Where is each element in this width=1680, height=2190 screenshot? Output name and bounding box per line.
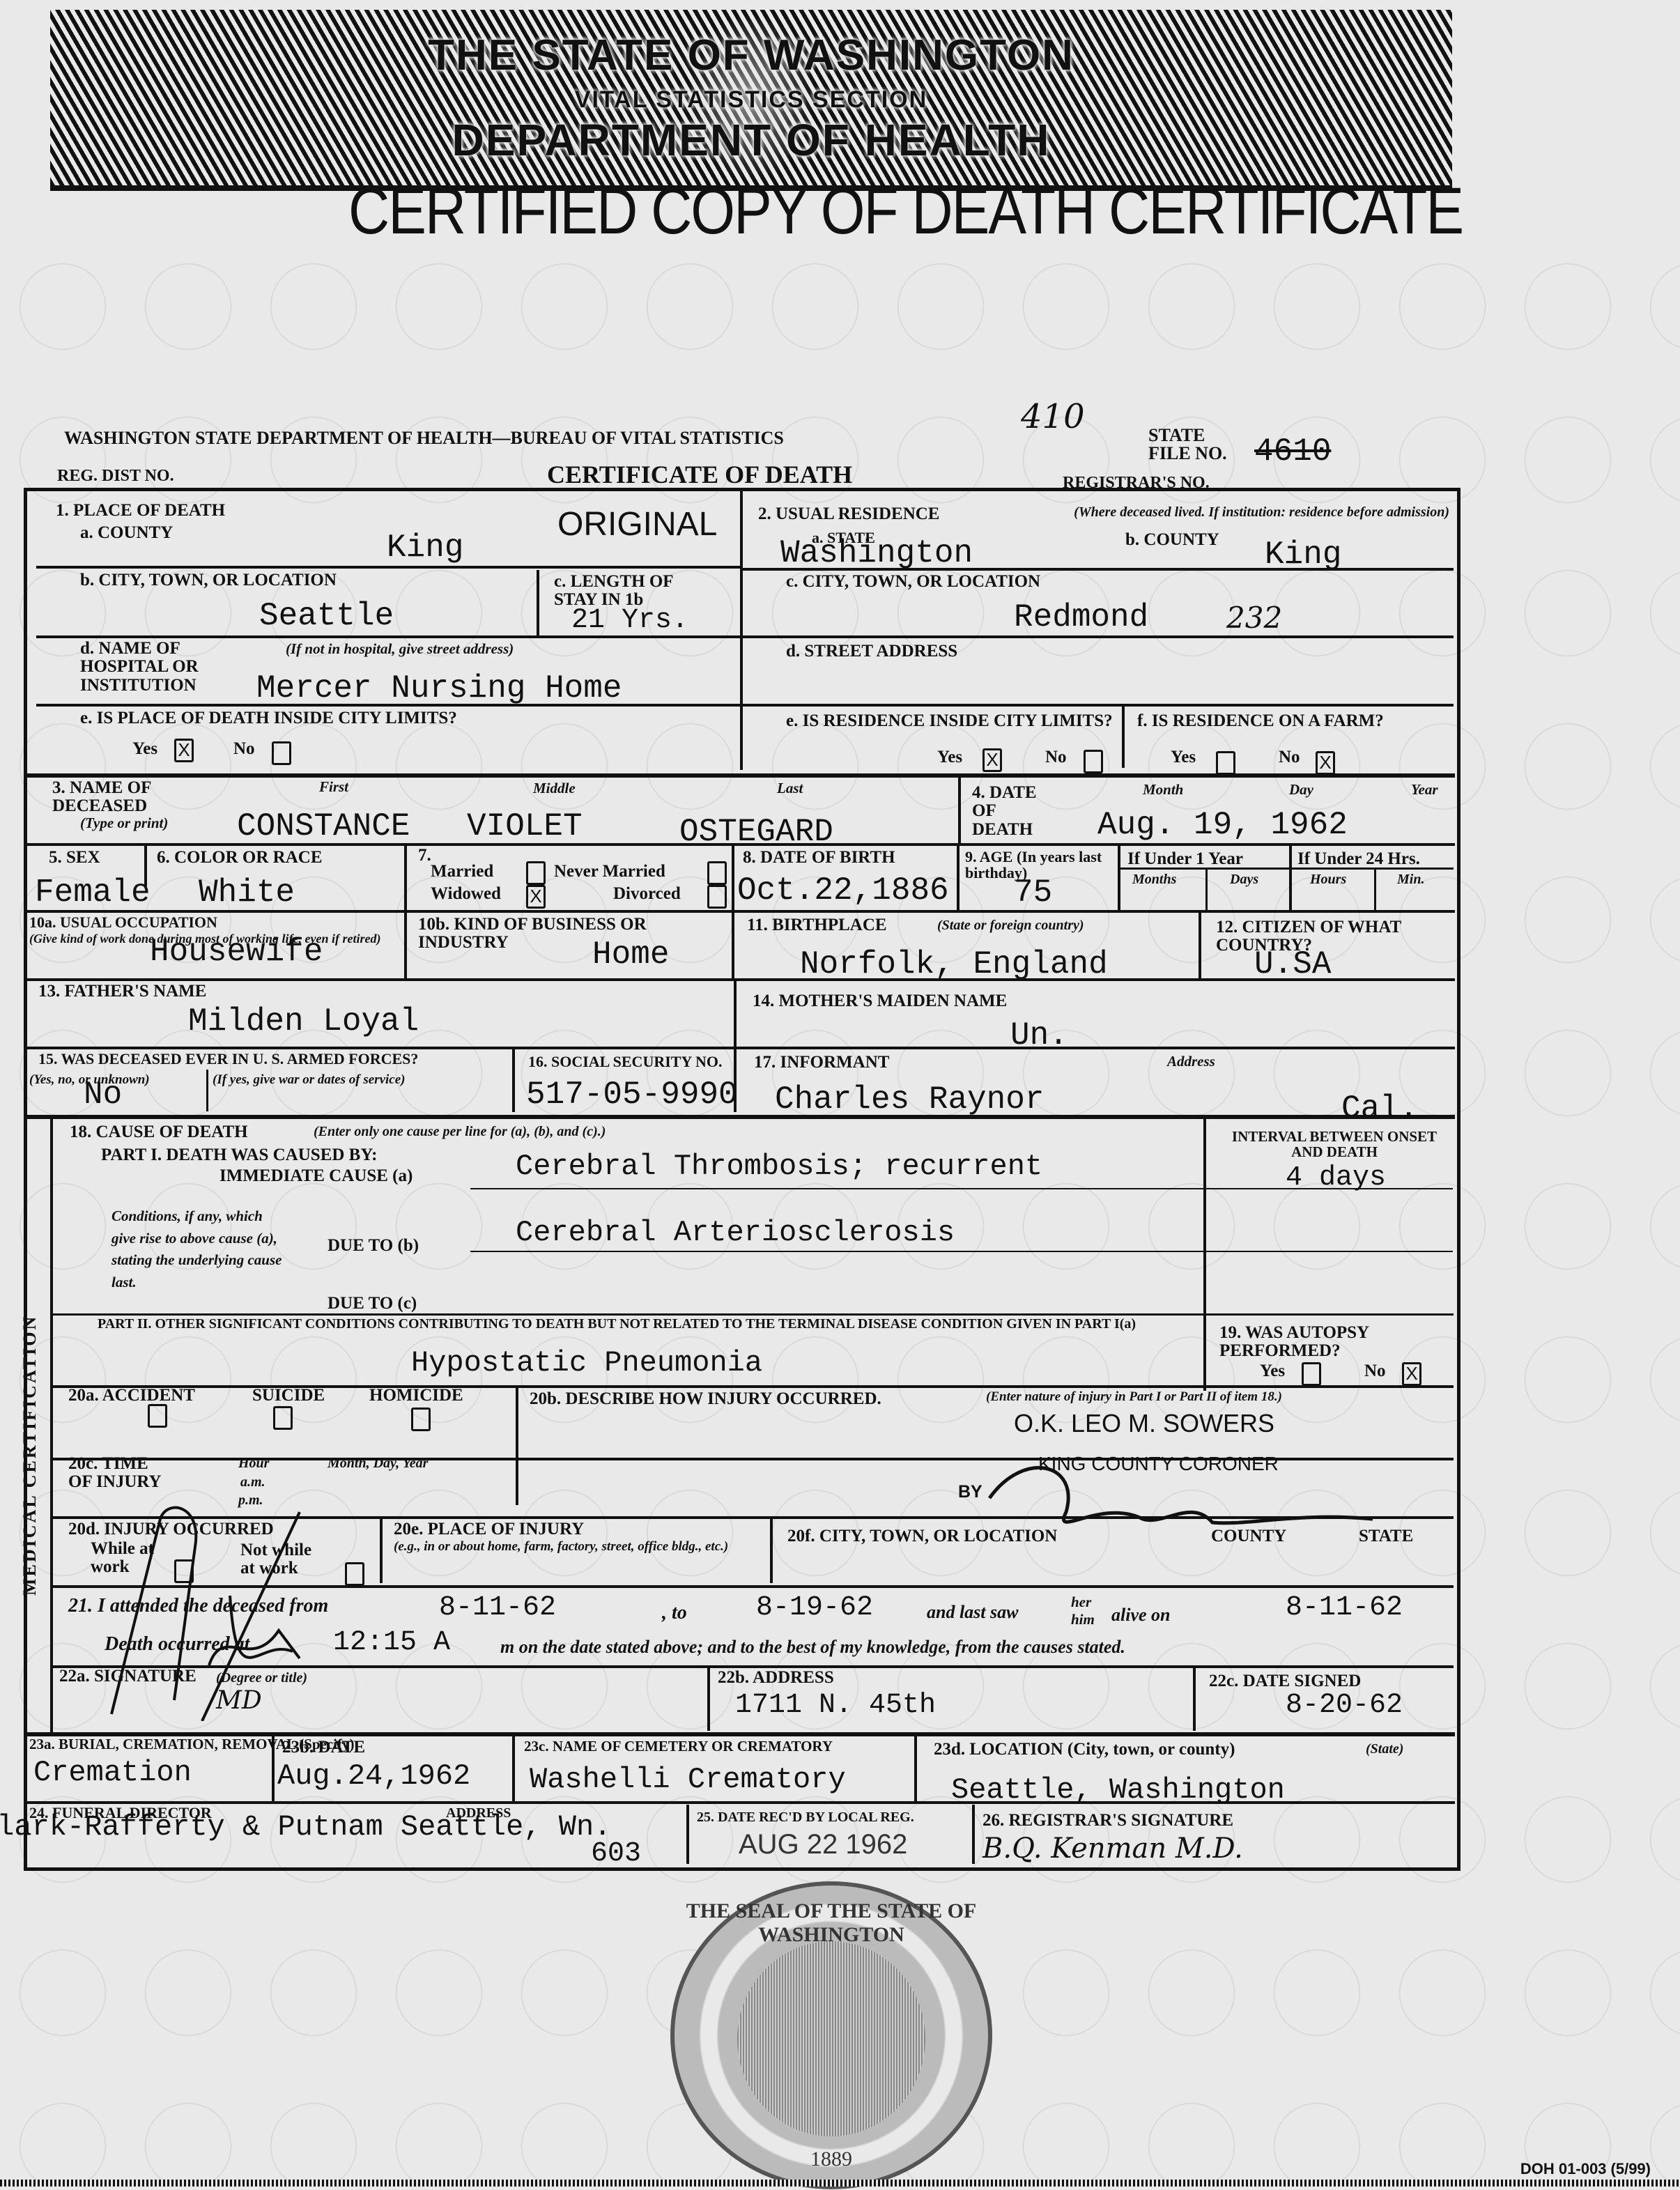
informant-address-label: Address bbox=[1167, 1054, 1215, 1069]
reg-dist-label: REG. DIST NO. bbox=[57, 467, 174, 486]
date-signed-value: 8-20-62 bbox=[1286, 1690, 1403, 1721]
birthplace-label: 11. BIRTHPLACE bbox=[747, 916, 887, 934]
immediate-cause-label: IMMEDIATE CAUSE (a) bbox=[219, 1167, 413, 1185]
coroner-stamp-name: O.K. LEO M. SOWERS bbox=[1014, 1409, 1274, 1438]
original-stamp: ORIGINAL bbox=[557, 505, 717, 543]
registrar-signature: B.Q. Kenman M.D. bbox=[982, 1833, 1243, 1865]
pod-city-label: b. CITY, TOWN, OR LOCATION bbox=[80, 571, 337, 589]
disposition-date-value: Aug.24,1962 bbox=[277, 1759, 470, 1793]
res-city-label: c. CITY, TOWN, OR LOCATION bbox=[786, 573, 1040, 591]
divorced-label: Divorced bbox=[613, 885, 681, 903]
hours-label: Hours bbox=[1310, 872, 1346, 887]
dob-value: Oct.22,1886 bbox=[737, 872, 949, 909]
months-label: Months bbox=[1132, 872, 1176, 887]
race-value: White bbox=[199, 874, 295, 911]
injury-city-label: 20f. CITY, TOWN, OR LOCATION bbox=[787, 1527, 1057, 1545]
residence-note: (Where deceased lived. If institution: r… bbox=[1003, 505, 1449, 520]
yes-label: Yes bbox=[1171, 748, 1196, 766]
birthplace-value: Norfolk, England bbox=[800, 946, 1108, 982]
state-seal: THE SEAL OF THE STATE OF WASHINGTON 1889 bbox=[670, 1881, 992, 2189]
no-label: No bbox=[1045, 748, 1067, 766]
date-of-death-value: Aug. 19, 1962 bbox=[1097, 807, 1348, 843]
banner-section: VITAL STATISTICS SECTION bbox=[50, 86, 1452, 114]
autopsy-yes-checkbox[interactable] bbox=[1302, 1362, 1321, 1386]
state-file-number: 4610 bbox=[1254, 433, 1331, 470]
divorced-checkbox[interactable] bbox=[707, 885, 727, 909]
widowed-label: Widowed bbox=[431, 885, 501, 903]
to-label: , to bbox=[662, 1603, 687, 1623]
res-city-code: 232 bbox=[1226, 601, 1282, 635]
res-county-label: b. COUNTY bbox=[1125, 531, 1219, 549]
armed-forces-value: No bbox=[84, 1077, 122, 1113]
res-inside-city-label: e. IS RESIDENCE INSIDE CITY LIMITS? bbox=[786, 712, 1113, 730]
res-street-label: d. STREET ADDRESS bbox=[786, 642, 957, 661]
date-received-label: 25. DATE REC'D BY LOCAL REG. bbox=[697, 1810, 914, 1825]
describe-injury-note: (Enter nature of injury in Part I or Par… bbox=[986, 1390, 1282, 1404]
bottom-border bbox=[0, 2180, 1680, 2187]
res-farm-yes-checkbox[interactable] bbox=[1216, 751, 1235, 775]
informant-label: 17. INFORMANT bbox=[754, 1054, 889, 1072]
state-file-label: STATE FILE NO. bbox=[1148, 426, 1232, 463]
burial-state-label: (State) bbox=[1366, 1742, 1403, 1757]
cause-of-death-label: 18. CAUSE OF DEATH bbox=[70, 1123, 248, 1141]
res-state-value: Washington bbox=[780, 535, 973, 571]
pod-county-value: King bbox=[387, 530, 463, 566]
due-to-b-label: DUE TO (b) bbox=[327, 1237, 419, 1255]
death-statement: m on the date stated above; and to the b… bbox=[500, 1637, 1125, 1656]
date-signed-label: 22c. DATE SIGNED bbox=[1209, 1672, 1361, 1690]
occupation-value: Housewife bbox=[150, 934, 323, 970]
dob-label: 8. DATE OF BIRTH bbox=[743, 849, 895, 867]
am-label: a.m. bbox=[240, 1475, 265, 1490]
yes-label: Yes bbox=[132, 740, 157, 758]
by-label: BY bbox=[958, 1483, 982, 1501]
alive-on-value: 8-11-62 bbox=[1286, 1592, 1403, 1624]
form-code: DOH 01-003 (5/99) bbox=[1520, 2160, 1651, 2178]
interval-value: 4 days bbox=[1286, 1162, 1386, 1194]
part-1-label: PART I. DEATH WAS CAUSED BY: bbox=[101, 1146, 377, 1164]
armed-forces-note-2: (If yes, give war or dates of service) bbox=[213, 1073, 405, 1087]
pod-county-label: a. COUNTY bbox=[80, 524, 173, 542]
cause-of-death-note: (Enter only one cause per line for (a), … bbox=[314, 1125, 606, 1139]
certificate-title: CERTIFICATE OF DEATH bbox=[547, 460, 852, 489]
day-label: Day bbox=[1289, 782, 1313, 797]
res-farm-no-checkbox[interactable]: X bbox=[1316, 751, 1335, 775]
month-day-year-label: Month, Day, Year bbox=[327, 1456, 428, 1471]
banner-department: DEPARTMENT OF HEALTH bbox=[50, 114, 1452, 166]
res-inside-city-no-checkbox[interactable] bbox=[1084, 750, 1103, 773]
cause-b-value: Cerebral Arteriosclerosis bbox=[516, 1216, 955, 1249]
suicide-checkbox[interactable] bbox=[273, 1406, 293, 1430]
attended-from-value: 8-11-62 bbox=[439, 1592, 556, 1624]
describe-injury-label: 20b. DESCRIBE HOW INJURY OCCURRED. bbox=[530, 1390, 881, 1408]
middle-label: Middle bbox=[533, 780, 576, 796]
part-2-value: Hypostatic Pneumonia bbox=[411, 1346, 762, 1380]
date-received-stamp: AUG 22 1962 bbox=[739, 1829, 907, 1860]
never-married-label: Never Married bbox=[554, 863, 665, 881]
race-label: 6. COLOR OR RACE bbox=[157, 849, 323, 867]
page-title: CERTIFIED COPY OF DEATH CERTIFICATE bbox=[348, 174, 1463, 249]
last-label: Last bbox=[777, 780, 803, 796]
her-label: her bbox=[1071, 1594, 1091, 1610]
no-label: No bbox=[1364, 1362, 1386, 1380]
seal-text: THE SEAL OF THE STATE OF WASHINGTON bbox=[675, 1899, 988, 1947]
conditions-note: Conditions, if any, which give rise to a… bbox=[111, 1205, 286, 1293]
hospital-label: d. NAME OF HOSPITAL OR INSTITUTION bbox=[80, 640, 213, 695]
disposition-date-label: 23b. DATE bbox=[282, 1738, 365, 1757]
address-label: 22b. ADDRESS bbox=[718, 1669, 834, 1687]
alive-on-label: alive on bbox=[1111, 1605, 1171, 1624]
pod-city-value: Seattle bbox=[259, 598, 394, 634]
interval-label: INTERVAL BETWEEN ONSET AND DEATH bbox=[1230, 1129, 1439, 1159]
seal-year: 1889 bbox=[675, 2147, 988, 2171]
business-value: Home bbox=[592, 936, 669, 973]
ssn-label: 16. SOCIAL SECURITY NO. bbox=[528, 1054, 723, 1070]
cemetery-value: Washelli Crematory bbox=[530, 1763, 846, 1796]
date-of-death-label: 4. DATE OF DEATH bbox=[972, 784, 1049, 839]
homicide-label: HOMICIDE bbox=[369, 1387, 463, 1405]
hospital-note: (If not in hospital, give street address… bbox=[286, 641, 514, 656]
res-city-value: Redmond bbox=[1014, 599, 1148, 635]
place-of-death-section: 1. PLACE OF DEATH bbox=[56, 502, 225, 520]
place-of-injury-note: (e.g., in or about home, farm, factory, … bbox=[394, 1540, 742, 1554]
disposition-method-value: Cremation bbox=[33, 1756, 192, 1789]
banner-state-name: THE STATE OF WASHINGTON bbox=[50, 31, 1452, 80]
attended-to-value: 8-19-62 bbox=[756, 1592, 873, 1624]
birthplace-note: (State or foreign country) bbox=[937, 918, 1084, 933]
time-of-injury-label: 20c. TIME OF INJURY bbox=[68, 1455, 173, 1492]
armed-forces-label: 15. WAS DECEASED EVER IN U. S. ARMED FOR… bbox=[38, 1051, 418, 1067]
physician-signature bbox=[70, 1491, 418, 1721]
guilloche-banner: THE STATE OF WASHINGTON VITAL STATISTICS… bbox=[50, 10, 1452, 191]
deceased-name-label: 3. NAME OF DECEASED bbox=[52, 779, 213, 816]
due-to-c-label: DUE TO (c) bbox=[327, 1295, 417, 1313]
no-label: No bbox=[233, 740, 255, 758]
washington-portrait bbox=[737, 1941, 925, 2136]
part-2-label: PART II. OTHER SIGNIFICANT CONDITIONS CO… bbox=[98, 1317, 1185, 1332]
married-checkbox[interactable] bbox=[526, 861, 546, 885]
him-label: him bbox=[1071, 1612, 1095, 1627]
informant-address: Cal. bbox=[1341, 1090, 1418, 1127]
accident-label: 20a. ACCIDENT bbox=[68, 1387, 195, 1405]
res-inside-city-yes-checkbox[interactable]: X bbox=[982, 748, 1002, 772]
stay-length-value: 21 Yrs. bbox=[571, 605, 688, 636]
hospital-value: Mercer Nursing Home bbox=[256, 670, 622, 707]
business-label: 10b. KIND OF BUSINESS OR INDUSTRY bbox=[418, 916, 725, 953]
never-married-checkbox[interactable] bbox=[707, 861, 727, 885]
accident-checkbox[interactable] bbox=[148, 1404, 167, 1428]
registrar-signature-label: 26. REGISTRAR'S SIGNATURE bbox=[982, 1812, 1233, 1830]
mother-maiden-name-label: 14. MOTHER'S MAIDEN NAME bbox=[753, 992, 1007, 1010]
hour-label: Hour bbox=[238, 1456, 269, 1471]
occupation-label: 10a. USUAL OCCUPATION bbox=[29, 914, 217, 930]
age-value: 75 bbox=[1014, 874, 1052, 911]
father-name-value: Milden Loyal bbox=[188, 1003, 419, 1040]
agency-header: WASHINGTON STATE DEPARTMENT OF HEALTH—BU… bbox=[64, 428, 784, 449]
medical-certification-label: MEDICAL CERTIFICATION bbox=[20, 1315, 40, 1596]
last-saw-label: and last saw bbox=[927, 1603, 1019, 1621]
sex-label: 5. SEX bbox=[49, 849, 100, 867]
place-of-injury-label: 20e. PLACE OF INJURY bbox=[394, 1520, 584, 1539]
under-1-year-label: If Under 1 Year bbox=[1127, 850, 1243, 868]
injury-state-label: STATE bbox=[1359, 1527, 1413, 1545]
first-label: First bbox=[319, 779, 348, 794]
autopsy-no-checkbox[interactable]: X bbox=[1402, 1362, 1421, 1386]
autopsy-label: 19. WAS AUTOPSY PERFORMED? bbox=[1219, 1324, 1428, 1361]
injury-county-label: COUNTY bbox=[1211, 1527, 1286, 1545]
cause-a-value: Cerebral Thrombosis; recurrent bbox=[516, 1150, 1042, 1183]
pod-inside-city-no-checkbox[interactable] bbox=[272, 741, 291, 765]
pod-inside-city-yes-checkbox[interactable]: X bbox=[174, 739, 194, 762]
funeral-director-value: Clark-Rafferty & Putnam Seattle, Wn. bbox=[0, 1810, 611, 1844]
father-name-label: 13. FATHER'S NAME bbox=[38, 982, 206, 1001]
deceased-middle-name: VIOLET bbox=[467, 808, 583, 845]
widowed-checkbox[interactable]: X bbox=[526, 885, 546, 909]
burial-location-label: 23d. LOCATION (City, town, or county) bbox=[934, 1741, 1235, 1759]
cemetery-label: 23c. NAME OF CEMETERY OR CREMATORY bbox=[524, 1738, 833, 1754]
citizen-value: U.SA bbox=[1254, 946, 1331, 982]
month-label: Month bbox=[1143, 782, 1183, 797]
informant-name: Charles Raynor bbox=[775, 1081, 1044, 1118]
days-label: Days bbox=[1230, 872, 1258, 887]
married-label: Married bbox=[431, 863, 493, 881]
funeral-director-number: 603 bbox=[591, 1838, 641, 1869]
marital-status-label: 7. bbox=[418, 847, 431, 865]
stay-length-label: c. LENGTH OF STAY IN 1b bbox=[554, 573, 707, 610]
res-farm-label: f. IS RESIDENCE ON A FARM? bbox=[1137, 712, 1384, 730]
yes-label: Yes bbox=[1260, 1362, 1285, 1380]
deceased-first-name: CONSTANCE bbox=[237, 808, 410, 845]
yes-label: Yes bbox=[937, 748, 962, 766]
residence-section: 2. USUAL RESIDENCE bbox=[758, 505, 940, 523]
handwritten-number: 410 bbox=[1021, 397, 1085, 436]
sex-value: Female bbox=[35, 874, 151, 911]
suicide-label: SUICIDE bbox=[252, 1387, 325, 1405]
under-24-hrs-label: If Under 24 Hrs. bbox=[1297, 850, 1420, 868]
pod-inside-city-label: e. IS PLACE OF DEATH INSIDE CITY LIMITS? bbox=[80, 709, 457, 727]
year-label: Year bbox=[1411, 782, 1438, 797]
ssn-value: 517-05-9990 bbox=[526, 1077, 738, 1113]
deceased-name-note: (Type or print) bbox=[80, 815, 168, 831]
homicide-checkbox[interactable] bbox=[411, 1408, 431, 1431]
min-label: Min. bbox=[1397, 872, 1424, 887]
no-label: No bbox=[1279, 748, 1300, 766]
address-value: 1711 N. 45th bbox=[735, 1690, 936, 1721]
